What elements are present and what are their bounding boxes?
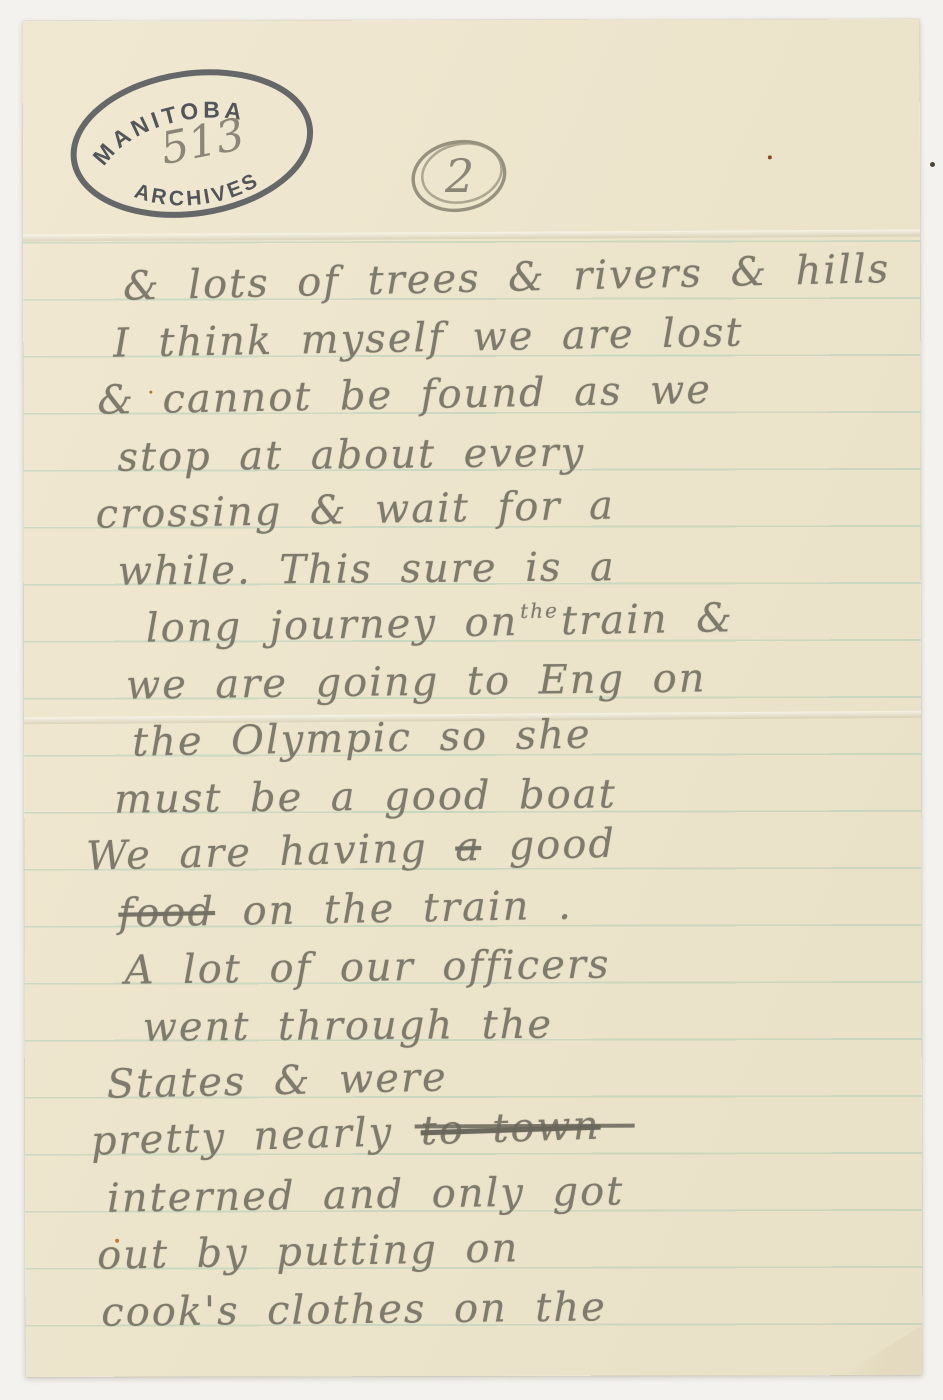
letter-text: crossing & wait for a bbox=[95, 483, 615, 538]
letter-text: we are going to Eng on bbox=[126, 655, 707, 708]
letter-text: to town bbox=[420, 1103, 601, 1155]
letter-text: the Olympic so she bbox=[132, 712, 592, 766]
archive-stamp-oval-icon: MANITOBA ARCHIVES 513 bbox=[51, 45, 333, 242]
letter-text: interned and only got bbox=[107, 1168, 625, 1221]
letter-text: train & bbox=[561, 595, 735, 644]
letter-text: good bbox=[481, 821, 617, 870]
letter-text: States & were bbox=[106, 1055, 448, 1108]
page-number-text: 2 bbox=[444, 149, 474, 203]
letter-text: A lot of our officers bbox=[124, 942, 611, 994]
letter-text: stop at about every bbox=[117, 430, 585, 481]
letter-text: & lots of trees & rivers & hills bbox=[123, 246, 891, 310]
fold-crease-top bbox=[23, 229, 920, 241]
letter-text: while. This sure is a bbox=[118, 544, 616, 595]
letter-text: on the train . bbox=[215, 883, 573, 935]
letter-text: a bbox=[455, 824, 482, 871]
letter-text: cook's clothes on the bbox=[101, 1284, 607, 1335]
letter-text: went through the bbox=[143, 1002, 554, 1051]
archive-stamp: MANITOBA ARCHIVES 513 bbox=[51, 45, 333, 242]
letter-text: & cannot be found as we bbox=[97, 367, 712, 424]
pencil-circle-icon: 2 bbox=[401, 126, 519, 228]
letter-text: We are having bbox=[86, 825, 456, 880]
letter-body: & lots of trees & rivers & hillsI think … bbox=[83, 257, 922, 1342]
letter-text: long journey on bbox=[145, 599, 518, 652]
letter-text: must be a good boat bbox=[114, 771, 617, 822]
letter-text: pretty nearly bbox=[90, 1108, 421, 1164]
letter-text: food bbox=[118, 889, 215, 937]
letter-paper: MANITOBA ARCHIVES 513 2 & lots of trees … bbox=[23, 19, 923, 1377]
letter-line: A lot of our officers bbox=[124, 932, 922, 999]
letter-text: I think myself we are lost bbox=[113, 310, 744, 367]
scanned-letter-scene: MANITOBA ARCHIVES 513 2 & lots of trees … bbox=[0, 0, 943, 1400]
background-speck bbox=[930, 162, 935, 167]
letter-text: out by putting on bbox=[97, 1225, 520, 1279]
letter-text: the bbox=[520, 600, 559, 621]
page-number-circle: 2 bbox=[401, 126, 519, 228]
letter-line: cook's clothes on the bbox=[101, 1276, 922, 1342]
paper-speck bbox=[768, 155, 772, 159]
